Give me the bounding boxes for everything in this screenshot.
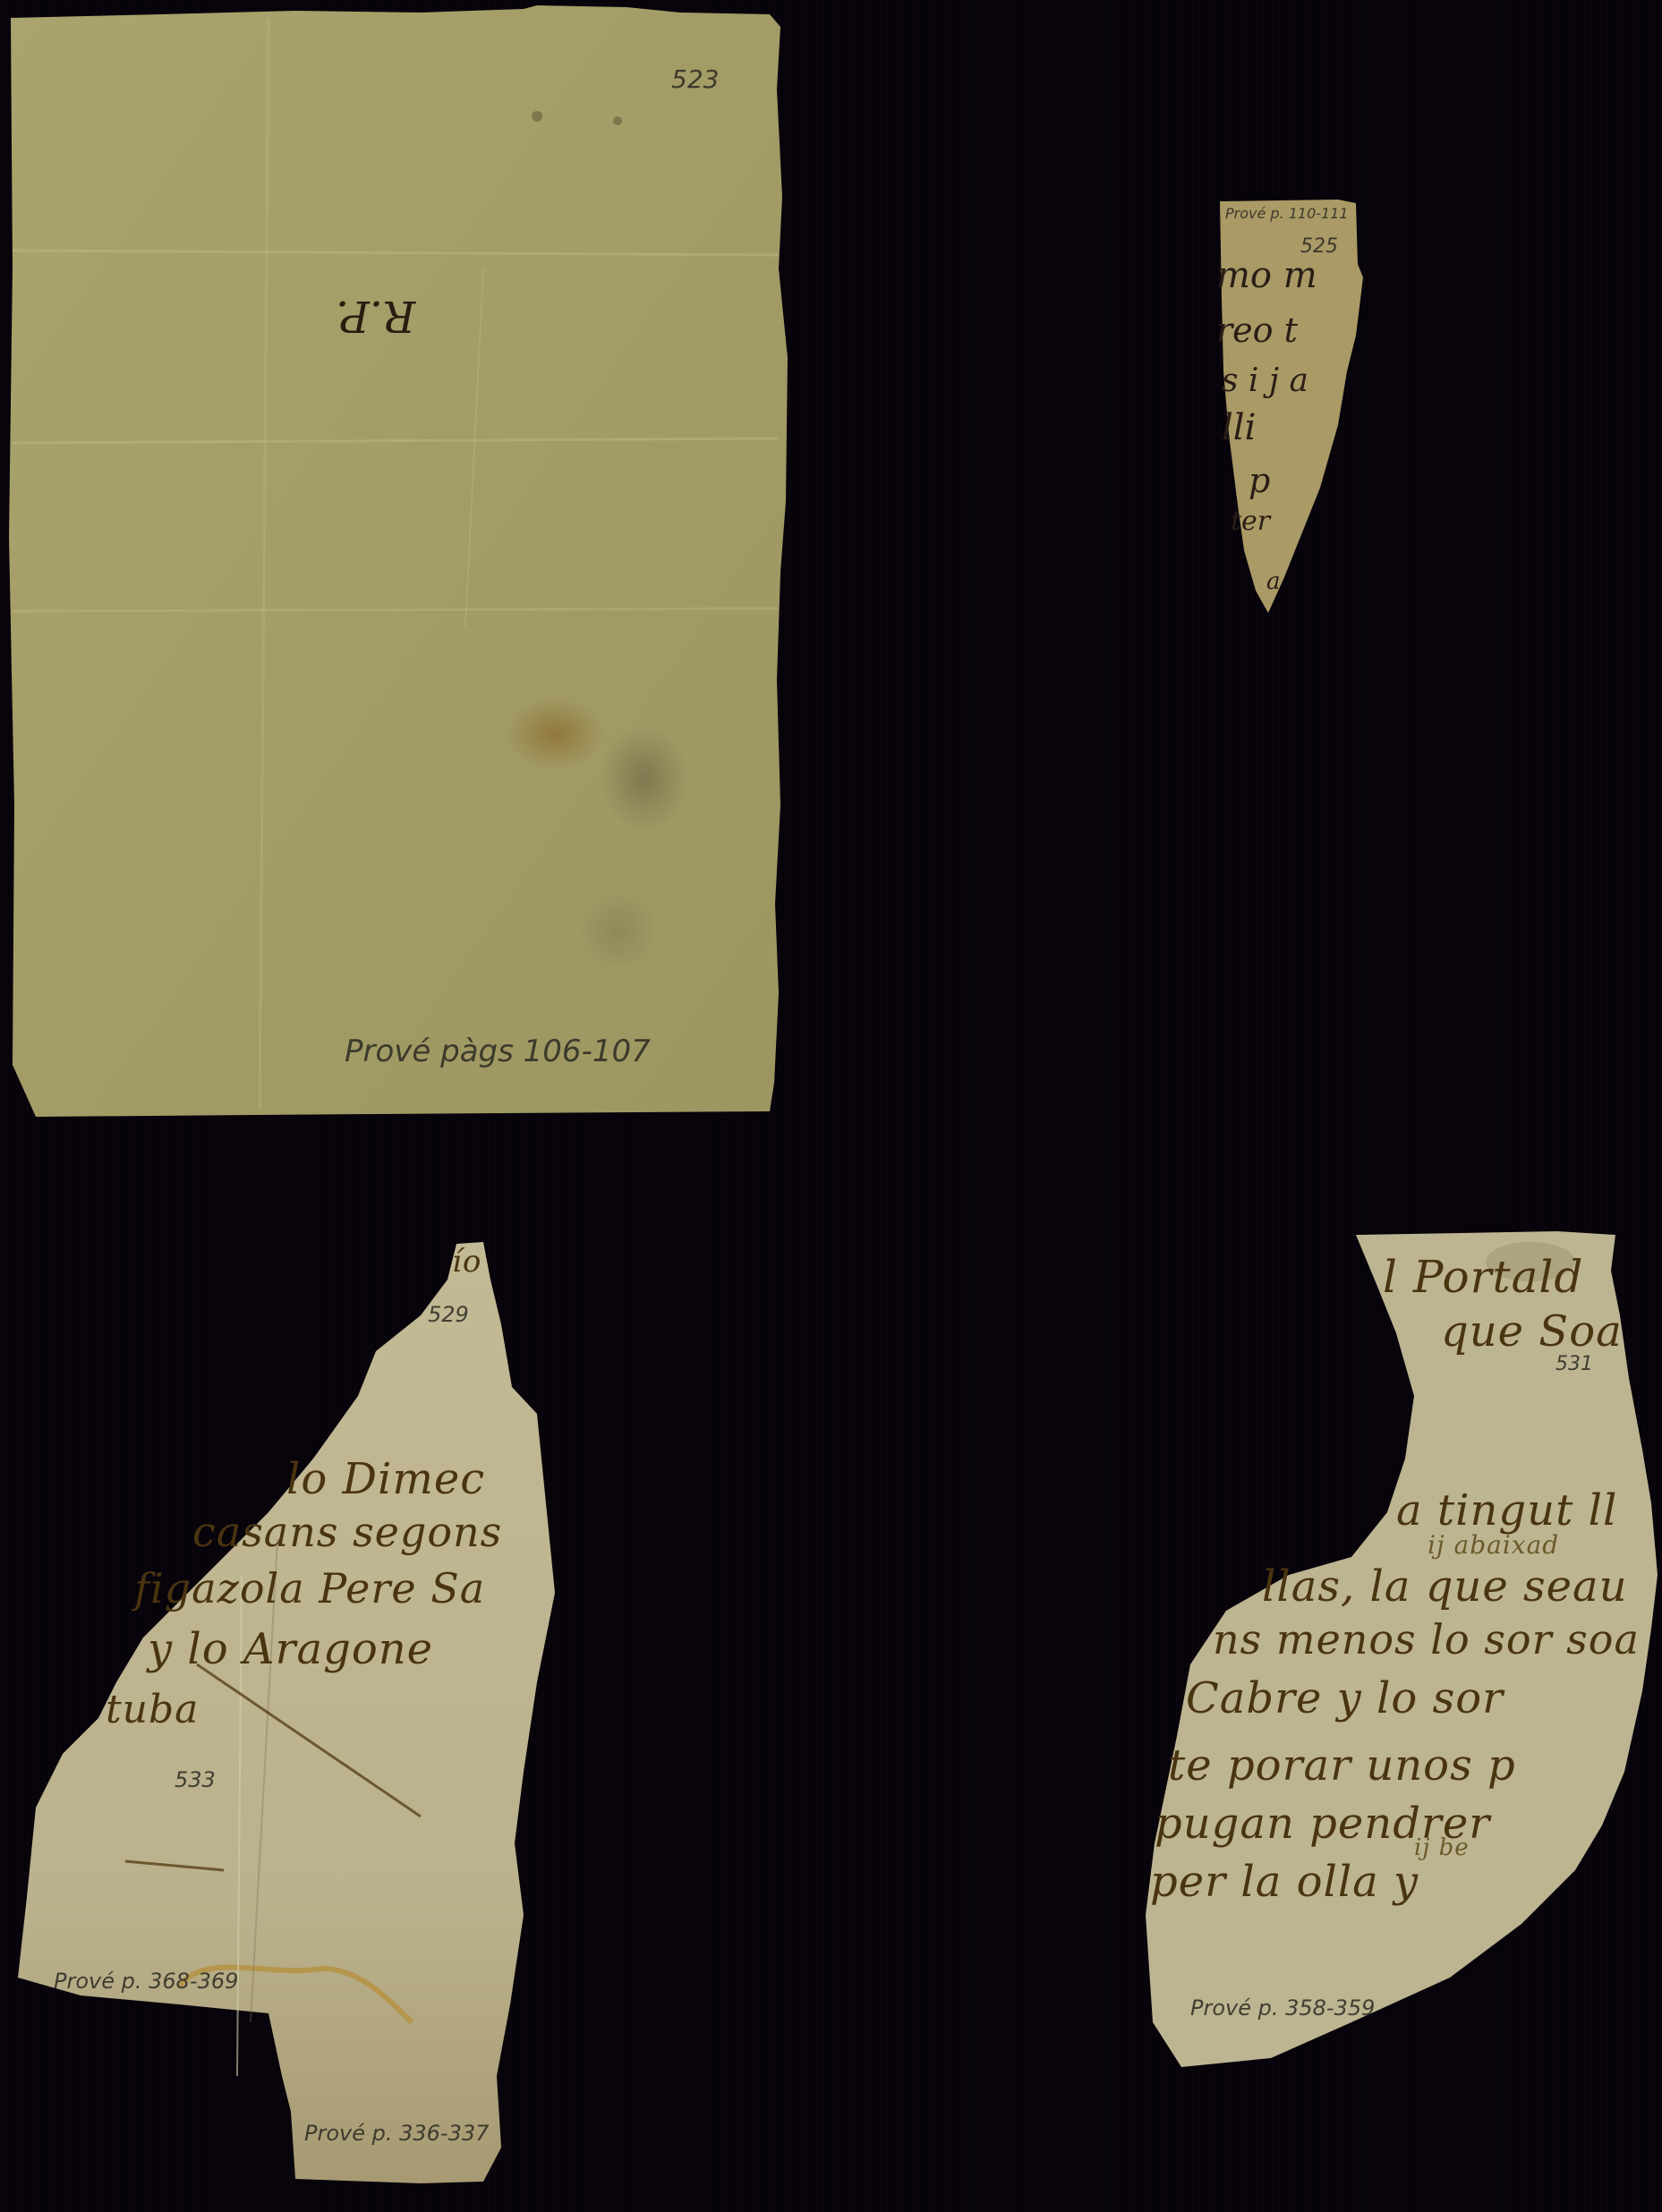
reference-label: Prové p. 358-359 xyxy=(1190,1995,1375,2021)
script-line-interlinear: ij be xyxy=(1414,1834,1470,1861)
manuscript-fragment-531: l Portald que Soa 531 a tingut ll ij aba… xyxy=(1128,1217,1662,2157)
script-line: te porar unos p xyxy=(1168,1740,1516,1791)
script-line: tuba xyxy=(106,1687,199,1732)
script-line: s i j a xyxy=(1222,362,1308,399)
script-line: ío xyxy=(452,1244,482,1280)
reference-label: Prové p. 336-337 xyxy=(304,2121,489,2146)
script-line: y lo Aragone xyxy=(148,1624,433,1674)
script-line: Cabre y lo sor xyxy=(1186,1673,1504,1723)
script-line: p xyxy=(1249,461,1270,500)
reference-label: Prové p. 110-111 xyxy=(1225,205,1349,222)
script-line: ns menos lo sor soa xyxy=(1213,1615,1640,1663)
manuscript-sheet-523: 523 R.P. Prové pàgs 106-107 xyxy=(0,0,805,1127)
manuscript-fragment-529-533: ío 529 lo Dimec casans segons figazola P… xyxy=(0,1217,573,2212)
script-line: lli xyxy=(1222,407,1256,448)
script-line: que Soa xyxy=(1441,1306,1623,1357)
folio-number: 523 xyxy=(671,64,719,94)
script-line: casans segons xyxy=(192,1508,502,1556)
script-line-interlinear: ij abaixad xyxy=(1428,1530,1559,1560)
fragment-529-533-paper xyxy=(0,1217,573,2212)
script-line: ter xyxy=(1231,506,1270,537)
script-line: lo Dimec xyxy=(286,1454,485,1504)
manuscript-fragment-525: Prové p. 110-111 525 mo m reo t s i j a … xyxy=(1213,192,1374,631)
sheet-523-paper xyxy=(0,0,805,1127)
folio-number: 529 xyxy=(428,1302,469,1327)
folio-number: 531 xyxy=(1555,1353,1593,1375)
script-line: reo t xyxy=(1216,311,1298,350)
script-line: figazola Pere Sa xyxy=(134,1564,485,1612)
script-line: a tingut ll xyxy=(1396,1485,1617,1536)
inverted-inscription: R.P. xyxy=(336,291,415,341)
script-line: llas, la que seau xyxy=(1262,1561,1628,1612)
folio-number: 533 xyxy=(175,1767,216,1792)
reference-label: Prové pàgs 106-107 xyxy=(345,1034,651,1069)
script-line: mo m xyxy=(1216,255,1317,296)
script-line: a xyxy=(1266,568,1281,595)
script-line: per la olla y xyxy=(1150,1857,1419,1907)
reference-label: Prové p. 368-369 xyxy=(54,1969,238,1994)
script-line: l Portald xyxy=(1383,1251,1583,1303)
